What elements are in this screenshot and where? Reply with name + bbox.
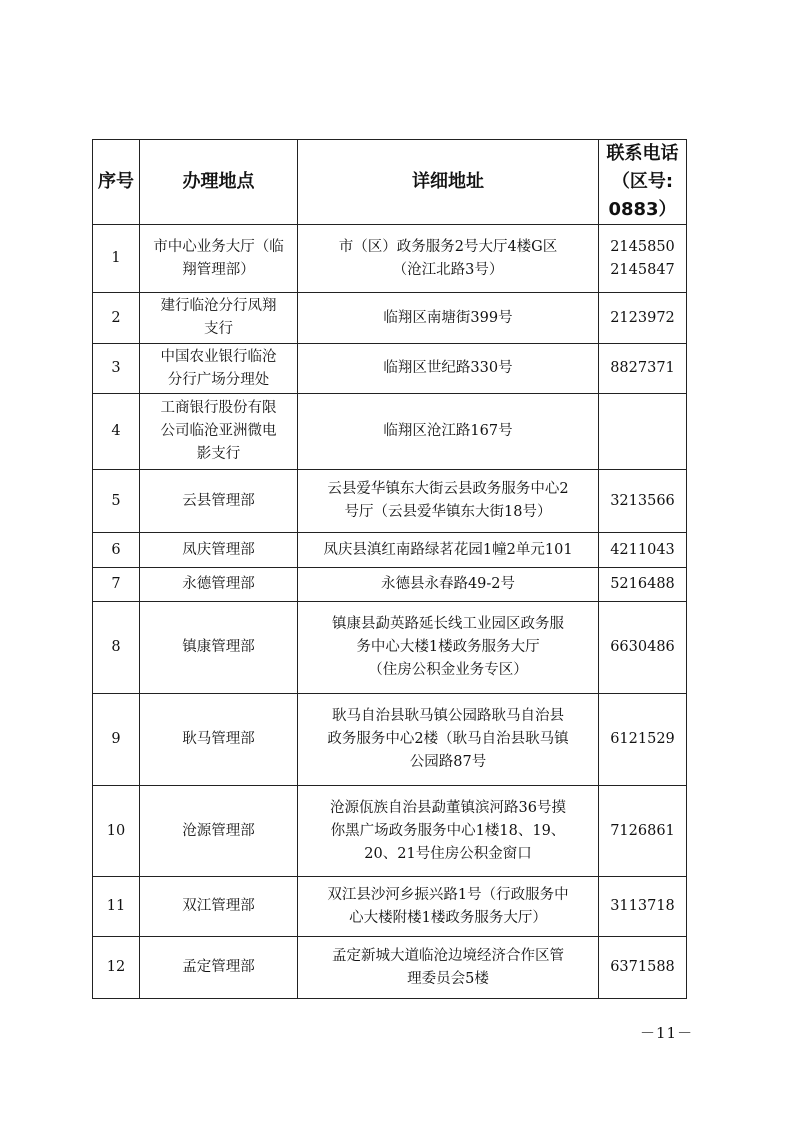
cell-phone-line: 6630486 (601, 636, 684, 659)
cell-place-line: 工商银行股份有限 (142, 397, 295, 420)
cell-address: 临翔区世纪路330号 (298, 344, 599, 394)
cell-place: 双江管理部 (140, 877, 298, 937)
cell-address: 镇康县勐英路延长线工业园区政务服务中心大楼1楼政务服务大厅（住房公积金业务专区） (298, 602, 599, 694)
cell-address-line: 号厅（云县爱华镇东大街18号） (300, 501, 596, 524)
cell-phone: 21458502145847 (599, 225, 687, 293)
cell-place-line: 沧源管理部 (142, 820, 295, 843)
cell-no: 1 (93, 225, 140, 293)
cell-place-line: 镇康管理部 (142, 636, 295, 659)
header-place: 办理地点 (140, 140, 298, 225)
cell-phone-line: 6371588 (601, 956, 684, 979)
cell-address-line: 你黑广场政务服务中心1楼18、19、 (300, 820, 596, 843)
cell-phone-line: 7126861 (601, 820, 684, 843)
cell-address-line: 镇康县勐英路延长线工业园区政务服 (300, 613, 596, 636)
table-row: 4工商银行股份有限公司临沧亚洲微电影支行临翔区沧江路167号 (93, 394, 687, 470)
cell-place-line: 耿马管理部 (142, 728, 295, 751)
cell-place-line: 市中心业务大厅（临 (142, 236, 295, 259)
cell-place-line: 孟定管理部 (142, 956, 295, 979)
cell-place: 中国农业银行临沧分行广场分理处 (140, 344, 298, 394)
cell-address: 耿马自治县耿马镇公园路耿马自治县政务服务中心2楼（耿马自治县耿马镇公园路87号 (298, 694, 599, 786)
cell-phone: 3113718 (599, 877, 687, 937)
cell-phone-line: 3113718 (601, 895, 684, 918)
cell-place: 建行临沧分行凤翔支行 (140, 293, 298, 344)
cell-phone: 6371588 (599, 937, 687, 999)
cell-address: 云县爱华镇东大街云县政务服务中心2号厅（云县爱华镇东大街18号） (298, 470, 599, 533)
cell-place: 凤庆管理部 (140, 533, 298, 568)
cell-no: 11 (93, 877, 140, 937)
cell-no: 2 (93, 293, 140, 344)
cell-phone: 8827371 (599, 344, 687, 394)
cell-phone: 3213566 (599, 470, 687, 533)
table-row: 8镇康管理部镇康县勐英路延长线工业园区政务服务中心大楼1楼政务服务大厅（住房公积… (93, 602, 687, 694)
table-row: 2建行临沧分行凤翔支行临翔区南塘街399号2123972 (93, 293, 687, 344)
cell-place: 耿马管理部 (140, 694, 298, 786)
table-row: 6凤庆管理部凤庆县滇红南路绿茗花园1幢2单元1014211043 (93, 533, 687, 568)
cell-address-line: 耿马自治县耿马镇公园路耿马自治县 (300, 705, 596, 728)
cell-phone-line: 5216488 (601, 573, 684, 596)
cell-address: 临翔区沧江路167号 (298, 394, 599, 470)
page-number: －11－ (640, 1022, 693, 1043)
table-body: 1市中心业务大厅（临翔管理部）市（区）政务服务2号大厅4楼G区（沧江北路3号）2… (93, 225, 687, 999)
cell-address-line: （住房公积金业务专区） (300, 659, 596, 682)
cell-no: 5 (93, 470, 140, 533)
cell-phone-line: 2123972 (601, 307, 684, 330)
cell-address-line: 理委员会5楼 (300, 968, 596, 991)
table-header-row: 序号 办理地点 详细地址 联系电话 （区号: 0883） (93, 140, 687, 225)
cell-place: 沧源管理部 (140, 786, 298, 877)
cell-address: 凤庆县滇红南路绿茗花园1幢2单元101 (298, 533, 599, 568)
service-locations-table: 序号 办理地点 详细地址 联系电话 （区号: 0883） 1市中心业务大厅（临翔… (92, 139, 687, 999)
table-row: 1市中心业务大厅（临翔管理部）市（区）政务服务2号大厅4楼G区（沧江北路3号）2… (93, 225, 687, 293)
cell-place: 云县管理部 (140, 470, 298, 533)
cell-address-line: 沧源佤族自治县勐董镇滨河路36号摸 (300, 797, 596, 820)
cell-address-line: （沧江北路3号） (300, 259, 596, 282)
cell-no: 6 (93, 533, 140, 568)
cell-address: 沧源佤族自治县勐董镇滨河路36号摸你黑广场政务服务中心1楼18、19、20、21… (298, 786, 599, 877)
cell-address-line: 双江县沙河乡振兴路1号（行政服务中 (300, 884, 596, 907)
cell-phone-line: 6121529 (601, 728, 684, 751)
cell-address-line: 云县爱华镇东大街云县政务服务中心2 (300, 478, 596, 501)
cell-no: 12 (93, 937, 140, 999)
cell-address: 市（区）政务服务2号大厅4楼G区（沧江北路3号） (298, 225, 599, 293)
cell-address-line: 市（区）政务服务2号大厅4楼G区 (300, 236, 596, 259)
cell-place-line: 凤庆管理部 (142, 539, 295, 562)
cell-address-line: 务中心大楼1楼政务服务大厅 (300, 636, 596, 659)
header-address: 详细地址 (298, 140, 599, 225)
table-row: 9耿马管理部耿马自治县耿马镇公园路耿马自治县政务服务中心2楼（耿马自治县耿马镇公… (93, 694, 687, 786)
cell-place-line: 中国农业银行临沧 (142, 346, 295, 369)
cell-place-line: 云县管理部 (142, 490, 295, 513)
header-phone: 联系电话 （区号: 0883） (599, 140, 687, 225)
cell-address-line: 临翔区南塘街399号 (300, 307, 596, 330)
cell-phone-line: 2145847 (601, 259, 684, 282)
cell-no: 8 (93, 602, 140, 694)
table-row: 10沧源管理部沧源佤族自治县勐董镇滨河路36号摸你黑广场政务服务中心1楼18、1… (93, 786, 687, 877)
table-row: 11双江管理部双江县沙河乡振兴路1号（行政服务中心大楼附楼1楼政务服务大厅）31… (93, 877, 687, 937)
cell-phone: 6121529 (599, 694, 687, 786)
cell-place: 镇康管理部 (140, 602, 298, 694)
cell-place: 工商银行股份有限公司临沧亚洲微电影支行 (140, 394, 298, 470)
cell-phone: 2123972 (599, 293, 687, 344)
table-row: 3中国农业银行临沧分行广场分理处临翔区世纪路330号8827371 (93, 344, 687, 394)
cell-no: 4 (93, 394, 140, 470)
cell-phone (599, 394, 687, 470)
table-row: 5云县管理部云县爱华镇东大街云县政务服务中心2号厅（云县爱华镇东大街18号）32… (93, 470, 687, 533)
cell-phone: 4211043 (599, 533, 687, 568)
cell-address: 双江县沙河乡振兴路1号（行政服务中心大楼附楼1楼政务服务大厅） (298, 877, 599, 937)
cell-place: 市中心业务大厅（临翔管理部） (140, 225, 298, 293)
cell-place-line: 分行广场分理处 (142, 369, 295, 392)
cell-phone-line: 8827371 (601, 357, 684, 380)
cell-phone-line: 2145850 (601, 236, 684, 259)
cell-no: 3 (93, 344, 140, 394)
cell-phone-line: 4211043 (601, 539, 684, 562)
cell-place-line: 支行 (142, 318, 295, 341)
table-row: 12孟定管理部孟定新城大道临沧边境经济合作区管理委员会5楼6371588 (93, 937, 687, 999)
cell-place: 孟定管理部 (140, 937, 298, 999)
cell-place-line: 公司临沧亚洲微电 (142, 420, 295, 443)
cell-place: 永德管理部 (140, 568, 298, 602)
cell-no: 9 (93, 694, 140, 786)
cell-place-line: 影支行 (142, 443, 295, 466)
cell-phone-line: 3213566 (601, 490, 684, 513)
header-no: 序号 (93, 140, 140, 225)
cell-no: 7 (93, 568, 140, 602)
cell-address: 孟定新城大道临沧边境经济合作区管理委员会5楼 (298, 937, 599, 999)
cell-place-line: 建行临沧分行凤翔 (142, 295, 295, 318)
cell-address-line: 公园路87号 (300, 751, 596, 774)
cell-address-line: 20、21号住房公积金窗口 (300, 843, 596, 866)
cell-address-line: 孟定新城大道临沧边境经济合作区管 (300, 945, 596, 968)
cell-place-line: 永德管理部 (142, 573, 295, 596)
cell-address: 临翔区南塘街399号 (298, 293, 599, 344)
cell-no: 10 (93, 786, 140, 877)
cell-address: 永德县永春路49-2号 (298, 568, 599, 602)
cell-phone: 6630486 (599, 602, 687, 694)
cell-address-line: 临翔区世纪路330号 (300, 357, 596, 380)
cell-phone: 5216488 (599, 568, 687, 602)
table-row: 7永德管理部永德县永春路49-2号5216488 (93, 568, 687, 602)
cell-place-line: 翔管理部） (142, 259, 295, 282)
cell-address-line: 凤庆县滇红南路绿茗花园1幢2单元101 (300, 539, 596, 562)
cell-address-line: 心大楼附楼1楼政务服务大厅） (300, 907, 596, 930)
cell-place-line: 双江管理部 (142, 895, 295, 918)
cell-address-line: 临翔区沧江路167号 (300, 420, 596, 443)
cell-address-line: 政务服务中心2楼（耿马自治县耿马镇 (300, 728, 596, 751)
cell-address-line: 永德县永春路49-2号 (300, 573, 596, 596)
cell-phone: 7126861 (599, 786, 687, 877)
